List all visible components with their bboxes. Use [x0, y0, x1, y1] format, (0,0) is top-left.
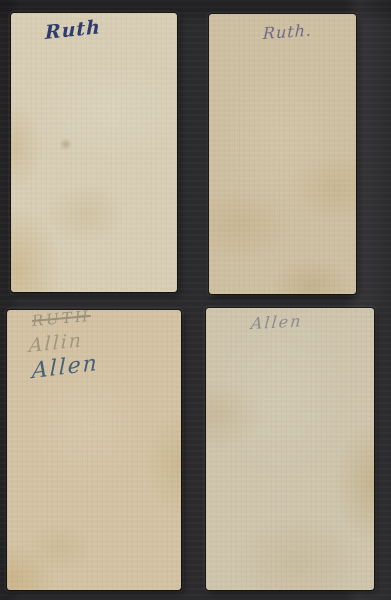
card-back-bottom-left: RUTH Allin Allen: [7, 310, 181, 590]
handwritten-name-ruth: Ruth.: [263, 21, 313, 44]
card-photo-stage: Ruth Ruth. RUTH Allin Allen Allen: [0, 0, 391, 600]
card-back-top-left: Ruth: [11, 13, 177, 292]
toning-stains: [206, 308, 374, 590]
toning-stains: [209, 14, 356, 294]
handwritten-name-allen: Allen: [250, 311, 303, 333]
card-back-top-right: Ruth.: [209, 14, 356, 294]
toning-stains: [11, 13, 177, 292]
card-back-bottom-right: Allen: [206, 308, 374, 590]
